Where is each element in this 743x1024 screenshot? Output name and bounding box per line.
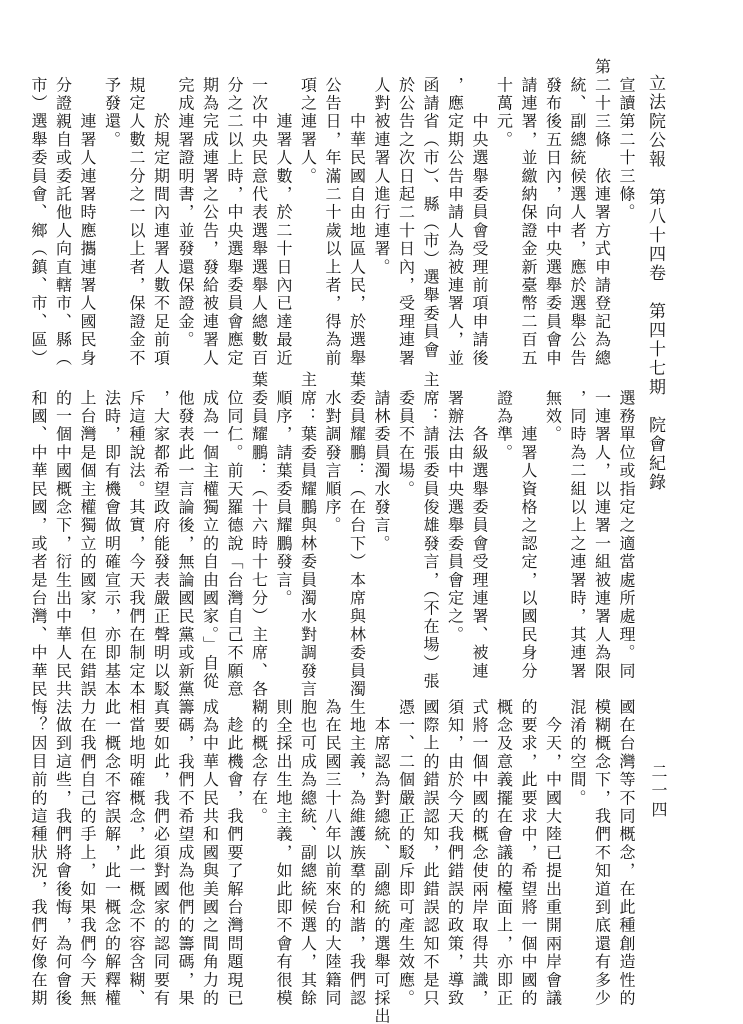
text-column: 他發表此一言論後，無論國民黨或新黨: [173, 371, 198, 703]
text-column: 悔？因目前的這種狀況，我們好像在期: [26, 680, 51, 1022]
section-bottom-speech: 國在台灣等不同概念，在此種創造性的 模糊概念下，我們不知道到底還有多少 混淆的空…: [25, 680, 638, 1022]
text-column: 予發還。: [99, 58, 124, 374]
text-column: 發布後五日內，向中央選舉委員會申: [540, 58, 565, 374]
text-column: 國際上的錯誤認知，此錯誤認知不是只: [418, 680, 443, 1022]
text-column: 統、副總統候選人者，應於選舉公告: [565, 58, 590, 374]
text-column: 籌碼，我們不希望成為他們的籌碼，果: [173, 680, 198, 1022]
text-column: 證為準。: [491, 371, 516, 703]
text-column: 成為中華人民共和國與美國之間角力的: [197, 680, 222, 1022]
text-column: 位同仁。前天羅德說「台灣自己不願意: [222, 371, 247, 703]
text-column: 選務單位或指定之適當處所處理。同: [614, 371, 639, 703]
text-column: 法做到這些，我們將會後悔，為何會後: [50, 680, 75, 1022]
text-column: 一連署人，以連署一組被連署人為限: [589, 371, 614, 703]
text-column: 為在民國三十八年以前來台的大陸籍同: [320, 680, 345, 1022]
text-column: 函請省（市）、縣（市）選舉委員會: [418, 58, 443, 374]
text-column: 此一概念不容誤解，此一概念的解釋權: [99, 680, 124, 1022]
text-column: 宣讀第二十三條。: [614, 58, 639, 374]
text-column: 趁此機會，我們要了解台灣問題現已: [222, 680, 247, 1022]
text-column: 糊的概念存在。: [246, 680, 271, 1022]
text-column: ，同時為二組以上之連署時，其連署: [565, 371, 590, 703]
text-column: 連署人資格之認定，以國民身分: [516, 371, 541, 703]
text-column: 無效。: [540, 371, 565, 703]
text-column: 相當地明確概念，此一概念不容含糊、: [124, 680, 149, 1022]
masthead-title: 立法院公報 第八十四卷 第四十七期 院會紀錄: [643, 74, 668, 494]
text-column: 國在台灣等不同概念，在此種創造性的: [614, 680, 639, 1022]
text-column: 請林委員濁水發言。: [369, 371, 394, 703]
text-column: 斥這種說法。其實，今天我們在制定本: [124, 371, 149, 703]
section-middle-proceedings: 選務單位或指定之適當處所處理。同 一連署人，以連署一組被連署人為限 ，同時為二組…: [25, 371, 638, 703]
text-column: 須知，由於今天我們錯誤的政策，導致: [442, 680, 467, 1022]
text-column: 的一個中國概念下，衍生出中華人民共: [50, 371, 75, 703]
text-column: 主席：請張委員俊雄發言，（不在場）張: [418, 371, 443, 703]
text-column: 概念及意義擺在會議的檯面上，亦即正: [491, 680, 516, 1022]
text-column: 委員不在場。: [393, 371, 418, 703]
text-column: 模糊概念下，我們不知道到底還有多少: [589, 680, 614, 1022]
text-column: 本席認為對總統、副總統的選舉可採出: [369, 680, 394, 1022]
text-column: 上台灣是個主權獨立的國家，但在錯誤: [75, 371, 100, 703]
text-column: 中央選舉委員會受理前項申請後: [467, 58, 492, 374]
text-column: 生地主義，為維護族羣的和諧，我們認: [344, 680, 369, 1022]
text-column: 混淆的空間。: [565, 680, 590, 1022]
text-column: ，應定期公告申請人為被連署人，並: [442, 58, 467, 374]
text-column: 連署人連署時應攜連署人國民身: [75, 58, 100, 374]
text-column: 式將一個中國的概念使兩岸取得共識，: [467, 680, 492, 1022]
text-column: 分之二以上時，中央選舉委員會應定: [222, 58, 247, 374]
text-column: 公告日，年滿二十歲以上者，得為前: [320, 58, 345, 374]
text-column: 葉委員耀鵬：（在台下）本席與林委員濁: [344, 371, 369, 703]
text-column: 連署人數，於二十日內已達最近: [271, 58, 296, 374]
text-column: 中華民國自由地區人民，於選舉: [344, 58, 369, 374]
text-column: 署辦法由中央選舉委員會定之。: [442, 371, 467, 703]
text-column: 憑一、二個嚴正的駁斥即可產生效應。: [393, 680, 418, 1022]
section-top-articles: 宣讀第二十三條。第二十三條 依連署方式申請登記為總 統、副總統候選人者，應於選舉…: [25, 58, 638, 374]
text-column: 胞也可成為總統、副總統候選人，其餘: [295, 680, 320, 1022]
text-column: 規定人數二分之一以上者，保證金不: [124, 58, 149, 374]
text-column: 一次中央民意代表選舉選舉人總數百: [246, 58, 271, 374]
page-number: 二一四: [647, 763, 670, 833]
text-column: 市）選舉委員會、鄉（鎮、市、區）: [26, 58, 51, 374]
text-column: 則全採出生地主義，如此即不會有很模: [271, 680, 296, 1022]
text-column: 力在我們自己的手上，如果我們今天無: [75, 680, 100, 1022]
text-column: 法時，即有機會做明確宣示，亦即基本: [99, 371, 124, 703]
text-column: 的要求，此要求中，希望將一個中國的: [516, 680, 541, 1022]
text-column: 成為一個主權獨立的自由國家。」自從: [197, 371, 222, 703]
text-column: 水對調發言順序。: [320, 371, 345, 703]
text-column: 和國、中華民國，或者是台灣、中華民: [26, 371, 51, 703]
text-column: 十萬元。: [491, 58, 516, 374]
text-column: 請連署，並繳納保證金新臺幣二百五: [516, 58, 541, 374]
text-column: 項之連署人。: [295, 58, 320, 374]
text-column: 完成連署證明書，並發還保證金。: [173, 58, 198, 374]
gazette-page: 立法院公報 第八十四卷 第四十七期 院會紀錄 宣讀第二十三條。第二十三條 依連署…: [0, 0, 743, 1024]
text-column: 期為完成連署之公告，發給被連署人: [197, 58, 222, 374]
text-column: 各級選舉委員會受理連署、被連: [467, 371, 492, 703]
text-column: 於公告之次日起二十日內，受理連署: [393, 58, 418, 374]
text-column: 葉委員耀鵬：（十六時十七分）主席、各: [246, 371, 271, 703]
text-column: ，大家都希望政府能發表嚴正聲明以駁: [148, 371, 173, 703]
text-column: 順序，請葉委員耀鵬發言。: [271, 371, 296, 703]
text-column: 分證親自或委託他人向直轄市、縣（: [50, 58, 75, 374]
text-column: 人對被連署人進行連署。: [369, 58, 394, 374]
text-column: 真要如此，我們必須對國家的認同要有: [148, 680, 173, 1022]
text-column: 今天，中國大陸已提出重開兩岸會議: [540, 680, 565, 1022]
text-column: 第二十三條 依連署方式申請登記為總: [589, 58, 614, 374]
text-column: 於規定期間內連署人數不足前項: [148, 58, 173, 374]
text-column: 主席：葉委員耀鵬與林委員濁水對調發言: [295, 371, 320, 703]
